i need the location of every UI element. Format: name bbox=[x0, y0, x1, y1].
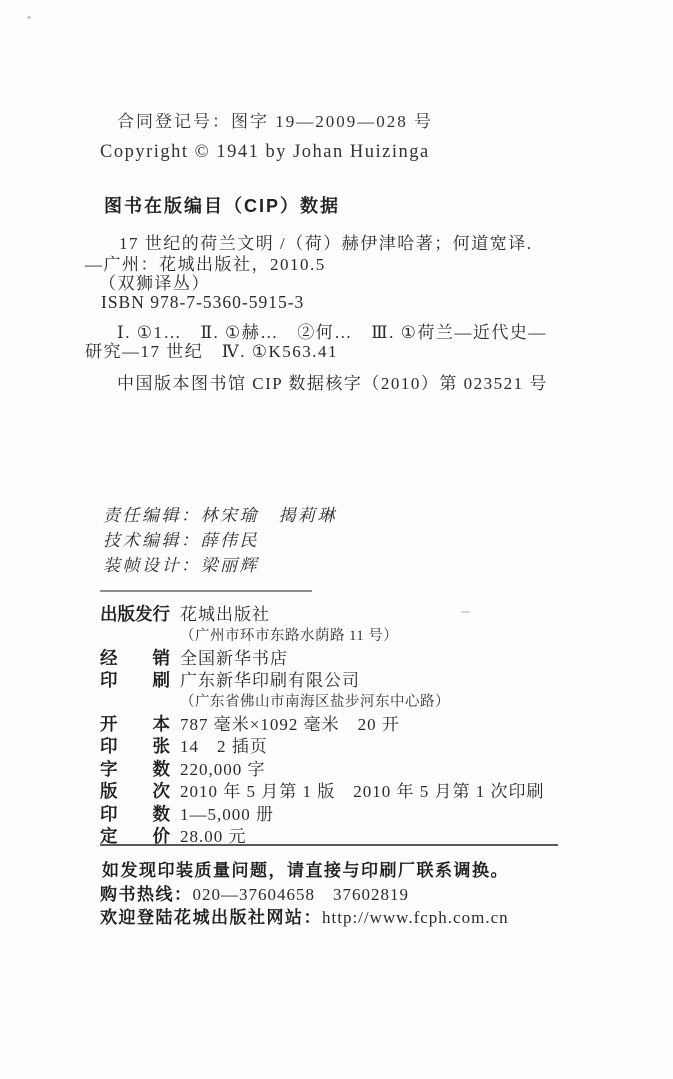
pub-note-printer-address: （广东省佛山市南海区盐步河东中心路） bbox=[100, 692, 545, 713]
pub-value: 2010 年 5 月第 1 版 2010 年 5 月第 1 次印刷 bbox=[180, 782, 545, 801]
divider-rule-top bbox=[100, 590, 312, 592]
isbn-line: ISBN 978-7-5360-5915-3 bbox=[101, 292, 304, 313]
website-url: http://www.fcph.com.cn bbox=[322, 908, 509, 927]
divider-rule-bottom bbox=[100, 844, 558, 846]
staff-value: 梁丽辉 bbox=[201, 556, 260, 575]
pub-row-sheets: 印 张14 2 插页 bbox=[100, 735, 545, 758]
website-line: 欢迎登陆花城出版社网站：http://www.fcph.com.cn bbox=[100, 908, 509, 929]
pub-row-edition: 版 次2010 年 5 月第 1 版 2010 年 5 月第 1 次印刷 bbox=[100, 780, 545, 803]
pub-row-format: 开 本787 毫米×1092 毫米 20 开 bbox=[100, 713, 545, 736]
staff-row-technical-editor: 技术编辑：薛伟民 bbox=[103, 528, 337, 553]
pub-label: 经 销 bbox=[100, 647, 180, 670]
pub-label: 版 次 bbox=[100, 780, 180, 803]
quality-notice: 如发现印装质量问题，请直接与印刷厂联系调换。 bbox=[102, 861, 509, 882]
pub-label: 字 数 bbox=[100, 758, 180, 781]
pub-value: 14 2 插页 bbox=[180, 737, 268, 756]
pub-value: 787 毫米×1092 毫米 20 开 bbox=[180, 715, 400, 734]
pub-row-publisher: 出版发行花城出版社 bbox=[100, 603, 545, 626]
website-label: 欢迎登陆花城出版社网站： bbox=[100, 908, 322, 927]
pub-value: 广东新华印刷有限公司 bbox=[180, 671, 360, 690]
pub-value: 220,000 字 bbox=[180, 760, 266, 779]
pub-row-word-count: 字 数220,000 字 bbox=[100, 758, 545, 781]
cip-record-number-line: 中国版本图书馆 CIP 数据核字（2010）第 023521 号 bbox=[117, 374, 548, 395]
pub-row-distributor: 经 销全国新华书店 bbox=[100, 647, 545, 670]
staff-row-executive-editor: 责任编辑：林宋瑜 揭莉琳 bbox=[103, 503, 337, 528]
cip-header: 图书在版编目（CIP）数据 bbox=[104, 196, 340, 218]
staff-label: 装帧设计： bbox=[103, 556, 201, 575]
staff-row-designer: 装帧设计：梁丽辉 bbox=[103, 553, 337, 578]
hotline-line: 购书热线：020—37604658 37602819 bbox=[100, 885, 409, 906]
pub-value: 1—5,000 册 bbox=[180, 805, 274, 824]
contract-registration-line: 合同登记号：图字 19—2009—028 号 bbox=[117, 112, 433, 133]
cip-classification-line-2: 研究—17 世纪 Ⅳ. ①K563.41 bbox=[85, 342, 338, 363]
pub-label: 印 数 bbox=[100, 803, 180, 826]
cip-publisher-line: —广州：花城出版社，2010.5 bbox=[85, 255, 326, 276]
pub-label: 印 张 bbox=[100, 735, 180, 758]
pub-row-print-run: 印 数1—5,000 册 bbox=[100, 803, 545, 826]
staff-value: 林宋瑜 揭莉琳 bbox=[201, 506, 338, 525]
publishing-info: 出版发行花城出版社 （广州市环市东路水荫路 11 号） 经 销全国新华书店 印 … bbox=[100, 603, 545, 848]
copyright-line: Copyright © 1941 by Johan Huizinga bbox=[100, 141, 430, 164]
hotline-label: 购书热线： bbox=[100, 885, 193, 904]
cip-title-line: 17 世纪的荷兰文明 /（荷）赫伊津哈著；何道宽译. bbox=[119, 234, 532, 255]
pub-value: 花城出版社 bbox=[180, 605, 270, 624]
staff-label: 技术编辑： bbox=[103, 531, 201, 550]
cip-classification-line-1: Ⅰ. ①1… Ⅱ. ①赫… ②何… Ⅲ. ①荷兰—近代史— bbox=[117, 323, 547, 344]
scan-speck bbox=[27, 16, 31, 19]
hotline-numbers: 020—37604658 37602819 bbox=[193, 885, 410, 904]
staff-value: 薛伟民 bbox=[201, 531, 260, 550]
pub-label: 开 本 bbox=[100, 713, 180, 736]
staff-credits: 责任编辑：林宋瑜 揭莉琳 技术编辑：薛伟民 装帧设计：梁丽辉 bbox=[103, 503, 337, 578]
staff-label: 责任编辑： bbox=[103, 506, 201, 525]
copyright-page: 合同登记号：图字 19—2009—028 号 Copyright © 1941 … bbox=[0, 0, 673, 1079]
pub-row-printer: 印 刷广东新华印刷有限公司 bbox=[100, 669, 545, 692]
pub-note-publisher-address: （广州市环市东路水荫路 11 号） bbox=[100, 626, 545, 647]
pub-value: 全国新华书店 bbox=[180, 649, 288, 668]
pub-label: 出版发行 bbox=[100, 603, 180, 626]
pub-label: 印 刷 bbox=[100, 669, 180, 692]
